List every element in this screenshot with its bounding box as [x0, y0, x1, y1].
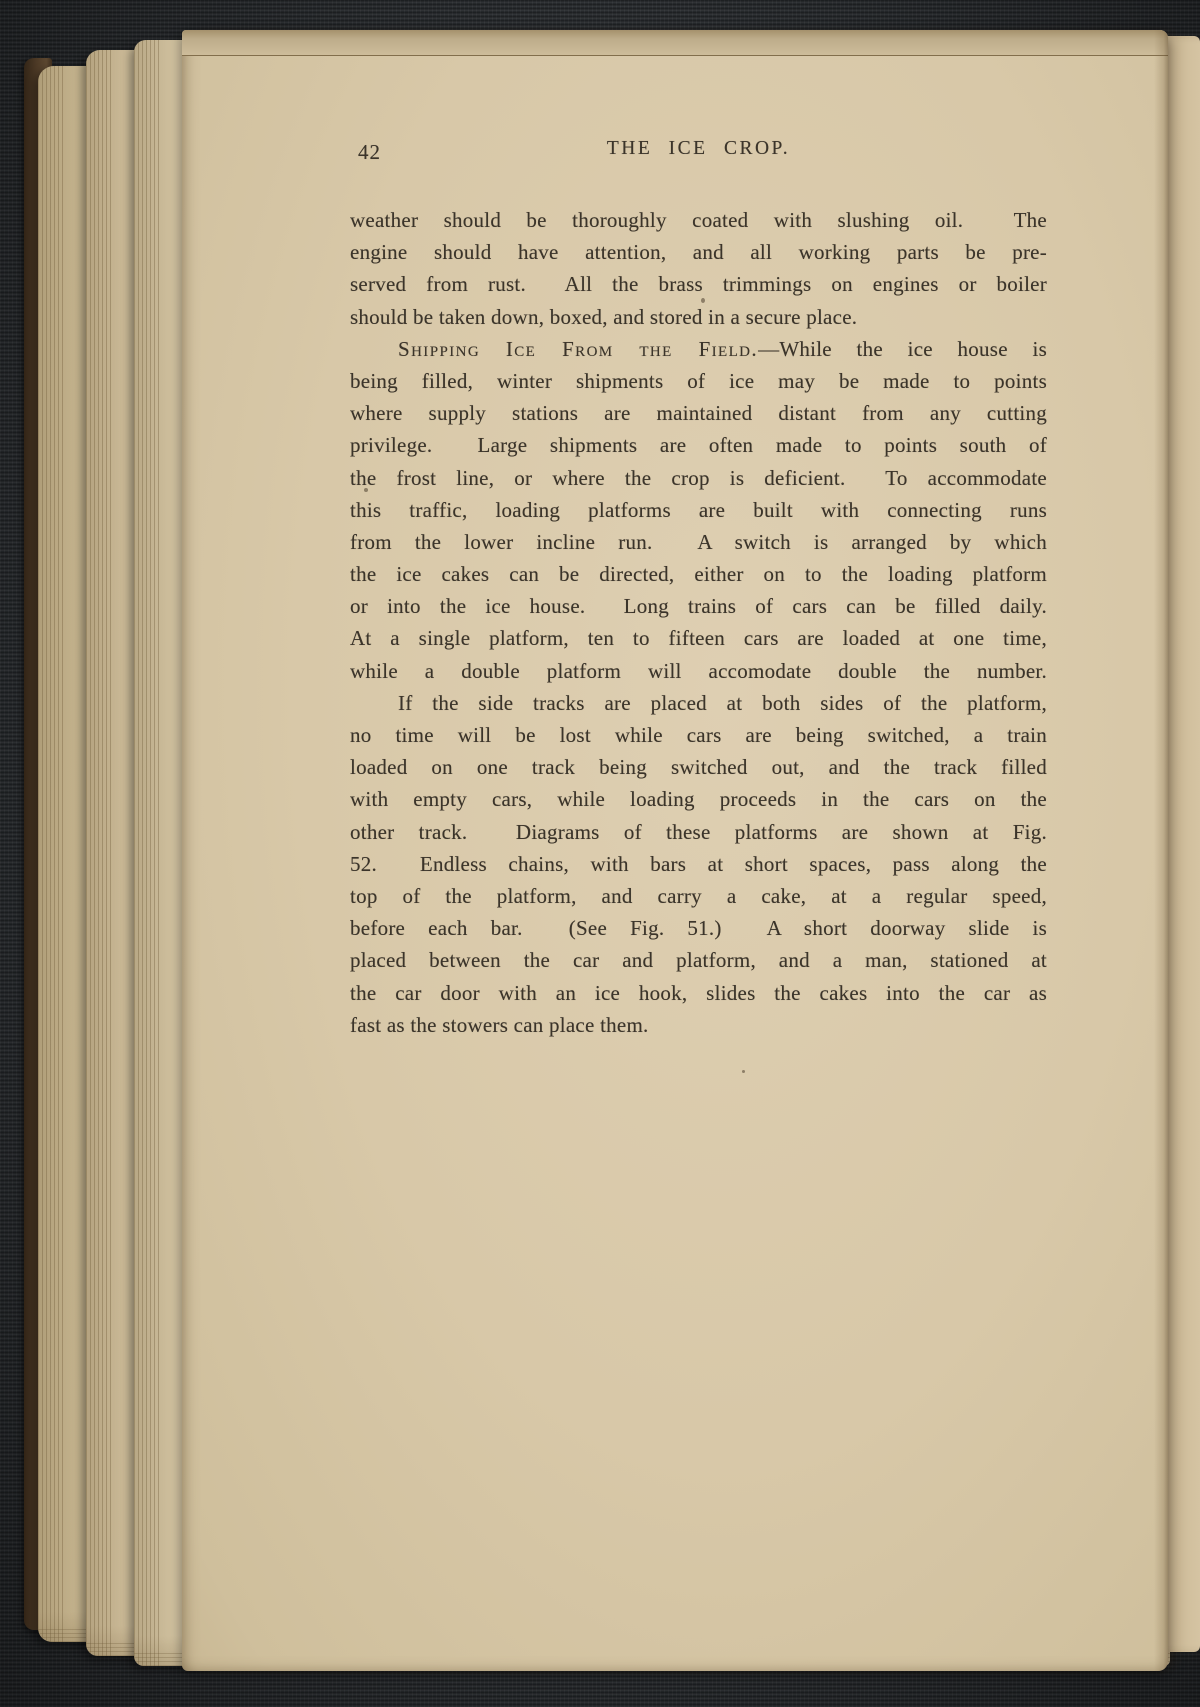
text-line: weather should be thoroughly coated with… — [350, 204, 1047, 236]
page-number: 42 — [358, 140, 381, 165]
running-title: THE ICE CROP. — [350, 138, 1047, 160]
text-line: 52. Endless chains, with bars at short s… — [350, 848, 1047, 880]
paragraph: weather should be thoroughly coated with… — [350, 204, 1047, 333]
text-line: other track. Diagrams of these platforms… — [350, 816, 1047, 848]
text-line: this traffic, loading platforms are buil… — [350, 494, 1047, 526]
text-line: placed between the car and platform, and… — [350, 944, 1047, 976]
text-line: At a single platform, ten to fifteen car… — [350, 622, 1047, 654]
text-line: while a double platform will accomodate … — [350, 655, 1047, 687]
text-line: or into the ice house. Long trains of ca… — [350, 590, 1047, 622]
scan-background: 42 THE ICE CROP. weather should be thoro… — [0, 0, 1200, 1707]
text-line: with empty cars, while loading proceeds … — [350, 783, 1047, 815]
text-line: before each bar. (See Fig. 51.) A short … — [350, 912, 1047, 944]
text-line: top of the platform, and carry a cake, a… — [350, 880, 1047, 912]
paragraph: If the side tracks are placed at both si… — [350, 687, 1047, 1041]
text-line: served from rust. All the brass trimming… — [350, 268, 1047, 300]
text-line: Shipping Ice From the Field.—While the i… — [350, 333, 1047, 365]
running-head: 42 THE ICE CROP. — [350, 138, 1047, 170]
text-line: If the side tracks are placed at both si… — [350, 687, 1047, 719]
text-line: loaded on one track being switched out, … — [350, 751, 1047, 783]
text-line: engine should have attention, and all wo… — [350, 236, 1047, 268]
paragraph: Shipping Ice From the Field.—While the i… — [350, 333, 1047, 687]
text-line: the ice cakes can be directed, either on… — [350, 558, 1047, 590]
page-text: weather should be thoroughly coated with… — [350, 204, 1047, 1041]
text-line: being filled, winter shipments of ice ma… — [350, 365, 1047, 397]
text-line: privilege. Large shipments are often mad… — [350, 429, 1047, 461]
text-line: the car door with an ice hook, slides th… — [350, 977, 1047, 1009]
text-line: from the lower incline run. A switch is … — [350, 526, 1047, 558]
text-line: should be taken down, boxed, and stored … — [350, 301, 1047, 333]
text-line: no time will be lost while cars are bein… — [350, 719, 1047, 751]
text-line: where supply stations are maintained dis… — [350, 397, 1047, 429]
book-page: 42 THE ICE CROP. weather should be thoro… — [182, 30, 1168, 1671]
section-lead-smallcaps: Shipping Ice From the Field. — [398, 337, 758, 361]
text-line: the frost line, or where the crop is def… — [350, 462, 1047, 494]
text-line: fast as the stowers can place them. — [350, 1009, 1047, 1041]
printed-content: 42 THE ICE CROP. weather should be thoro… — [182, 30, 1168, 1671]
section-lead-rest: —While the ice house is — [758, 337, 1047, 361]
